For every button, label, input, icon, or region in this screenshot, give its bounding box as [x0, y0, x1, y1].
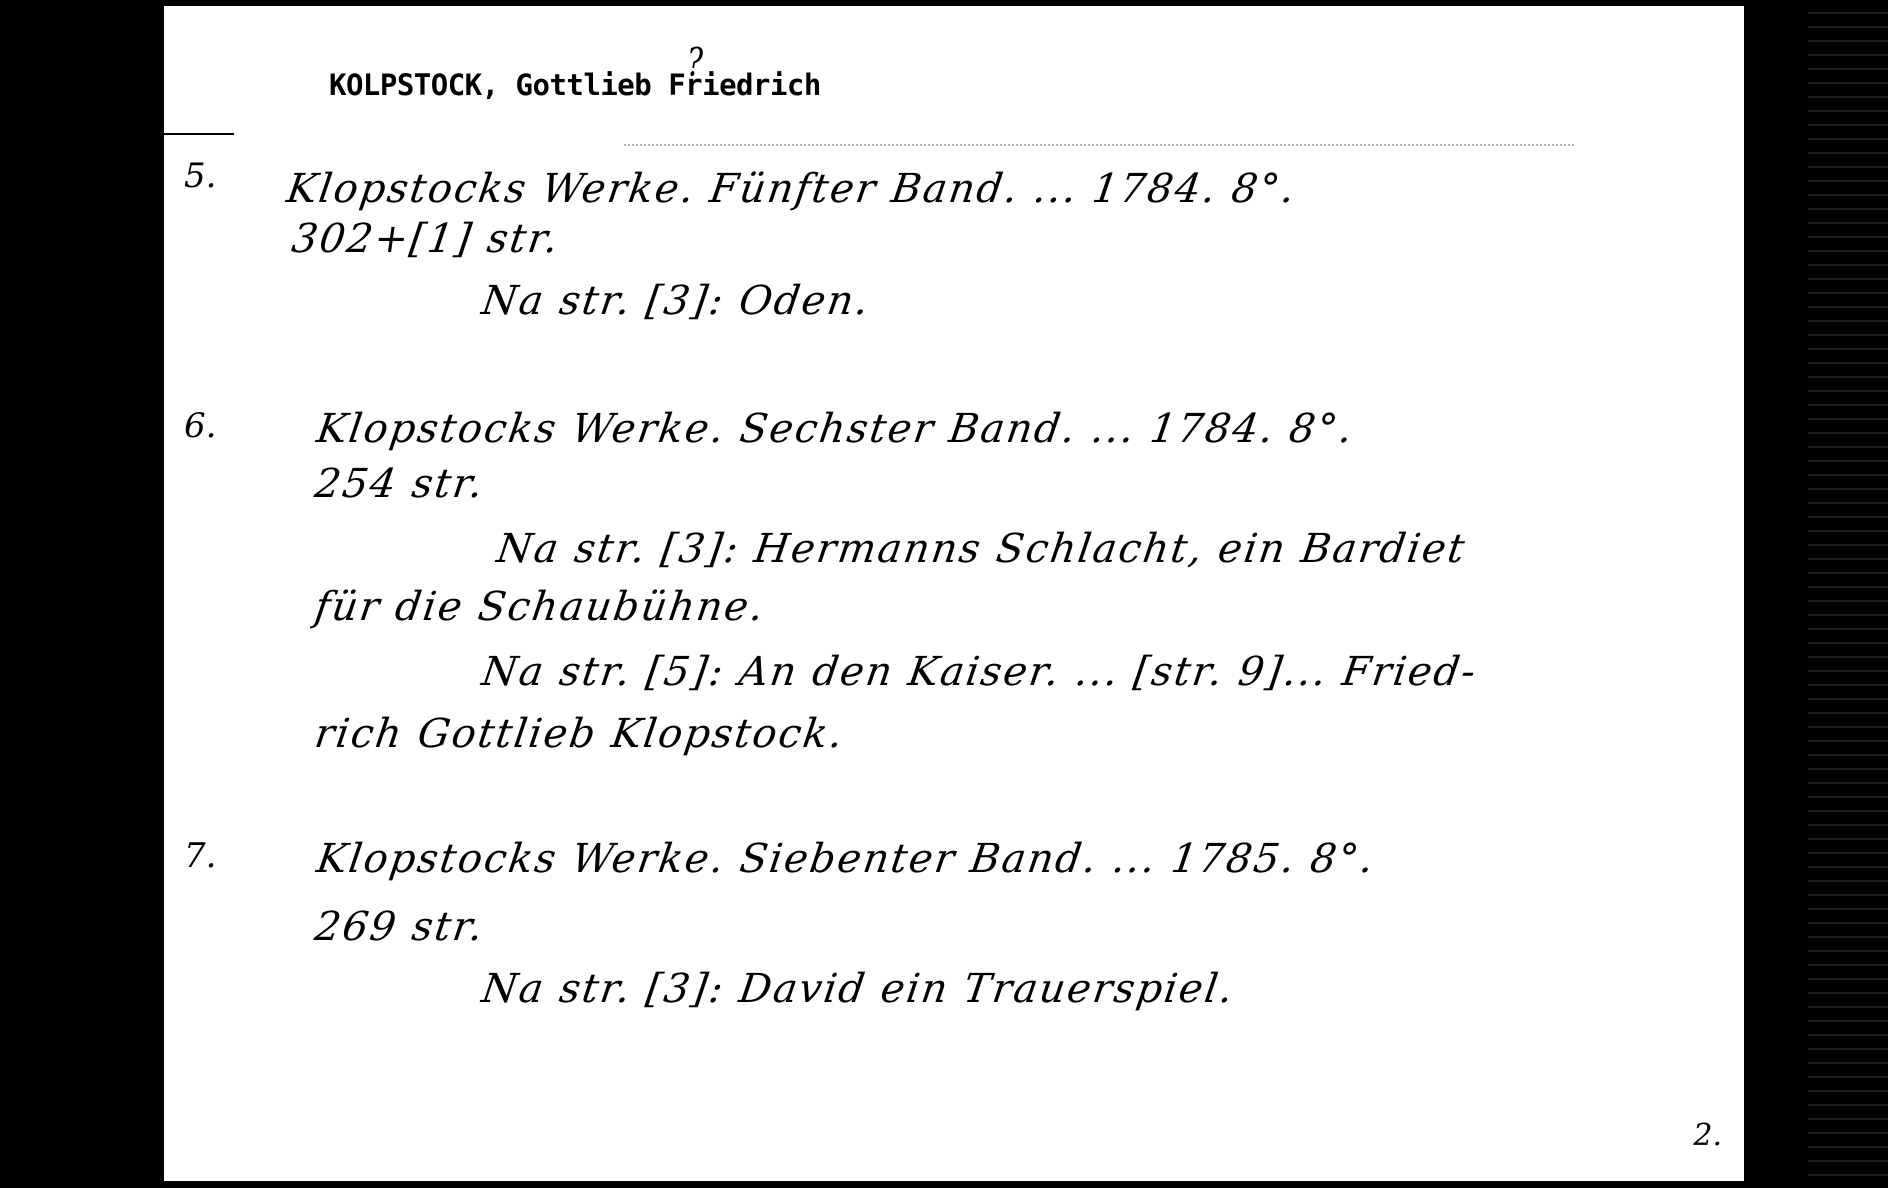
scan-edge-artifacts: [1808, 0, 1888, 1188]
entry-title-line: Klopstocks Werke. Fünfter Band. ... 1784…: [284, 166, 1299, 212]
entry-number: 6.: [184, 406, 216, 446]
page-number: 2.: [1693, 1118, 1722, 1153]
entry-note: Na str. [3]: Hermanns Schlacht, ein Bard…: [494, 526, 1469, 572]
entry-extent: 302+[1] str.: [289, 216, 563, 262]
header-rule: [164, 133, 234, 135]
entry-note: Na str. [5]: An den Kaiser. ... [str. 9]…: [479, 649, 1480, 695]
entry-extent: 269 str.: [312, 904, 488, 950]
entry-extent: 254 str.: [312, 461, 488, 507]
entry-note: Na str. [3]: Oden.: [479, 278, 873, 324]
entry-number: 5.: [184, 156, 216, 196]
entry-note: Na str. [3]: David ein Trauerspiel.: [479, 966, 1238, 1012]
handwritten-query-mark: ?: [687, 41, 703, 87]
card-heading: KOLPSTOCK, Gottlieb Friedrich: [329, 68, 821, 102]
entry-title-line: Klopstocks Werke. Siebenter Band. ... 17…: [314, 836, 1378, 882]
entry-number: 7.: [184, 836, 216, 876]
header-dotted-rule: [624, 144, 1574, 146]
entry-note: rich Gottlieb Klopstock.: [312, 711, 847, 757]
entry-title-line: Klopstocks Werke. Sechster Band. ... 178…: [314, 406, 1357, 452]
entry-note: für die Schaubühne.: [312, 584, 768, 630]
catalog-card: KOLPSTOCK, Gottlieb Friedrich ? 5. Klops…: [164, 6, 1744, 1181]
scan-viewport: KOLPSTOCK, Gottlieb Friedrich ? 5. Klops…: [0, 0, 1888, 1188]
